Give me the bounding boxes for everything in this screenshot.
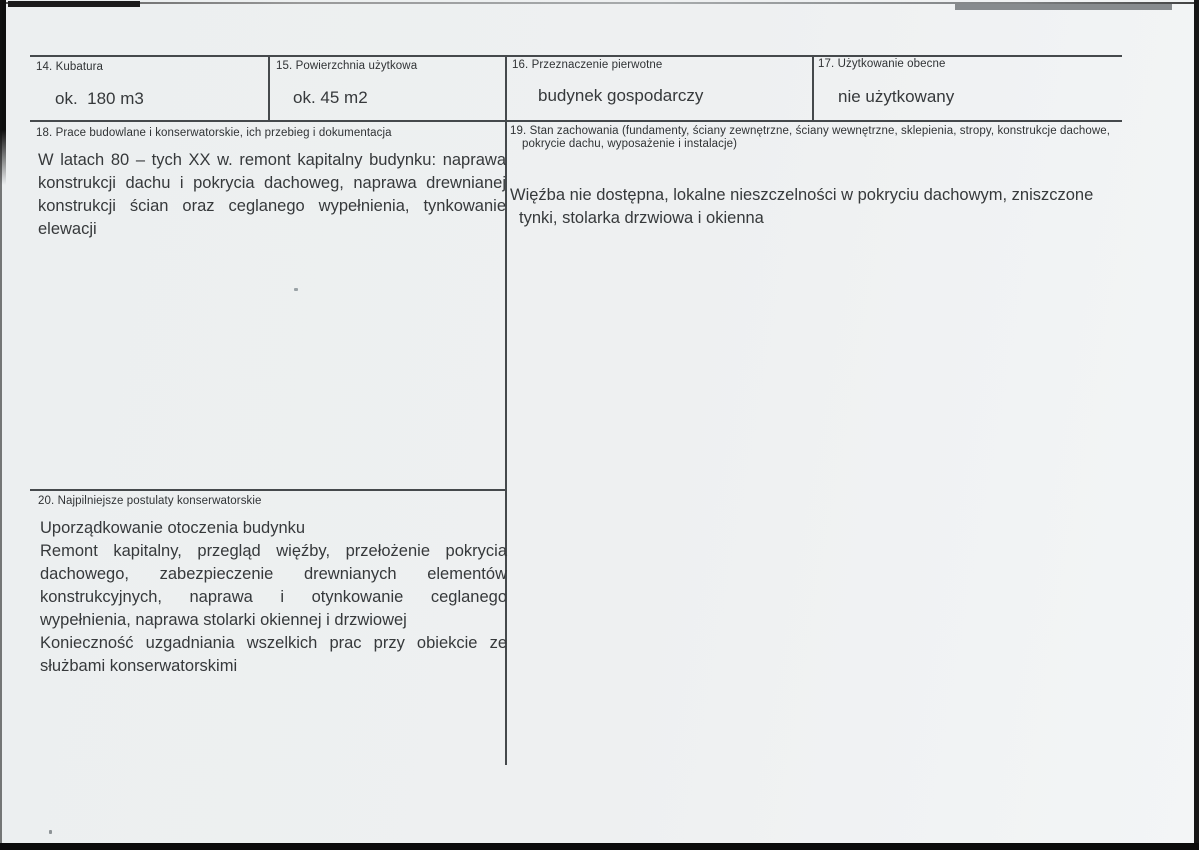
paragraph: Remont kapitalny, przegląd więźby, przeł… (40, 540, 507, 632)
scan-speck (49, 830, 52, 834)
scan-top-right-mark (955, 4, 1172, 10)
table-border-top (30, 55, 1122, 57)
paragraph: Więźba nie dostępna, lokalne nieszczelno… (510, 184, 1122, 230)
text-line: Uporządkowanie otoczenia budynku (40, 517, 507, 540)
text-line: konstrukcji ścian oraz ceglanego wypełni… (38, 195, 506, 218)
field16-value: budynek gospodarczy (538, 86, 703, 106)
field15-label: 15. Powierzchnia użytkowa (276, 60, 417, 72)
field19-content: Więźba nie dostępna, lokalne nieszczelno… (510, 184, 1122, 230)
field16-label: 16. Przeznaczenie pierwotne (512, 59, 662, 71)
field14-value: ok. 180 m3 (55, 89, 144, 109)
text-line: konstrukcyjnych, naprawa i otynkowanie c… (40, 586, 507, 609)
text-line: wypełnienia, naprawa stolarki okiennej i… (40, 609, 507, 632)
field19-label-line2: pokrycie dachu, wyposażenie i instalacje… (522, 138, 737, 150)
table-divider-16-17 (812, 55, 814, 122)
scan-top-left-mark (8, 1, 140, 7)
text-line: dachowego, zabezpieczenie drewnianych el… (40, 563, 507, 586)
paragraph: W latach 80 – tych XX w. remont kapitaln… (38, 149, 506, 241)
text-line: Więźba nie dostępna, lokalne nieszczelno… (510, 184, 1122, 207)
scan-speck (294, 288, 298, 291)
table-border-row1-bottom (30, 120, 1122, 122)
scan-right-edge-shadow (1194, 0, 1199, 850)
field20-content: Uporządkowanie otoczenia budynkuRemont k… (40, 517, 507, 678)
text-line: W latach 80 – tych XX w. remont kapitaln… (38, 149, 506, 172)
scan-left-edge-line (0, 0, 2, 850)
text-line: służbami konserwatorskimi (40, 655, 507, 678)
field17-label: 17. Użytkowanie obecne (818, 58, 946, 70)
text-line: Konieczność uzgadniania wszelkich prac p… (40, 632, 507, 655)
field17-value: nie użytkowany (838, 87, 954, 107)
paragraph: Konieczność uzgadniania wszelkich prac p… (40, 632, 507, 678)
scan-bottom-edge-bar (0, 843, 1199, 850)
scanned-document-page: 14. Kubatura ok. 180 m3 15. Powierzchnia… (0, 0, 1199, 850)
text-line: Remont kapitalny, przegląd więźby, przeł… (40, 540, 507, 563)
text-line: elewacji (38, 218, 506, 241)
field18-content: W latach 80 – tych XX w. remont kapitaln… (38, 149, 506, 241)
text-line: konstrukcji dachu i pokrycia dachoweg, n… (38, 172, 506, 195)
table-divider-14-15 (268, 55, 270, 122)
field14-label: 14. Kubatura (36, 61, 103, 73)
text-line: tynki, stolarka drzwiowa i okienna (510, 207, 1122, 230)
field15-value: ok. 45 m2 (293, 88, 368, 108)
field18-label: 18. Prace budowlane i konserwatorskie, i… (36, 127, 392, 139)
table-border-section20-top (30, 489, 507, 491)
field19-label-line1: 19. Stan zachowania (fundamenty, ściany … (510, 125, 1110, 137)
paragraph: Uporządkowanie otoczenia budynku (40, 517, 507, 540)
field20-label: 20. Najpilniejsze postulaty konserwators… (38, 495, 262, 507)
